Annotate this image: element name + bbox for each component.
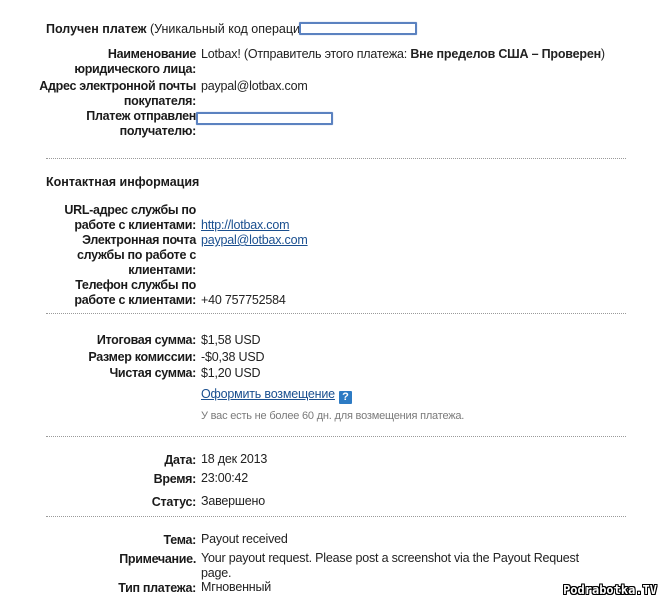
note-value: Your payout request. Please post a scree… xyxy=(201,551,579,581)
support-url-value: http://lotbax.com xyxy=(201,218,289,233)
fee-label: Размер комиссии: xyxy=(88,350,196,365)
label-line: URL-адрес службы по xyxy=(64,203,196,218)
help-icon[interactable]: ? xyxy=(339,391,352,404)
watermark-logo: Podrabotka.TV xyxy=(560,582,660,598)
merchant-name-text: Lotbax! (Отправитель этого платежа: xyxy=(201,47,410,61)
redacted-transaction-id xyxy=(299,22,417,35)
support-phone-value: +40 757752584 xyxy=(201,293,286,308)
support-email-label: Электронная почта службы по работе с кли… xyxy=(77,233,196,278)
label-line: покупателя: xyxy=(39,94,196,109)
label-line: Телефон службы по xyxy=(74,278,196,293)
note-line: Your payout request. Please post a scree… xyxy=(201,551,579,566)
issue-refund-link[interactable]: Оформить возмещение xyxy=(201,387,335,401)
payment-received-heading: Получен платеж (Уникальный код операции … xyxy=(46,22,317,36)
status-value: Завершено xyxy=(201,494,265,509)
label-line: юридического лица: xyxy=(74,62,196,77)
divider xyxy=(46,313,626,314)
label-line: Электронная почта xyxy=(77,233,196,248)
payment-details-page: Получен платеж (Уникальный код операции … xyxy=(0,0,662,600)
support-url-label: URL-адрес службы по работе с клиентами: xyxy=(64,203,196,233)
support-url-link[interactable]: http://lotbax.com xyxy=(201,218,289,232)
support-email-value: paypal@lotbax.com xyxy=(201,233,308,248)
sender-status: Вне пределов США – Проверен xyxy=(410,47,601,61)
label-line: клиентами: xyxy=(77,263,196,278)
label-line: Адрес электронной почты xyxy=(39,79,196,94)
label-line: получателю: xyxy=(86,124,196,139)
note-line: page. xyxy=(201,566,579,581)
time-value: 23:00:42 xyxy=(201,471,248,486)
transaction-id-label: (Уникальный код операции 1 xyxy=(150,22,317,36)
heading-title: Получен платеж xyxy=(46,22,146,36)
contact-info-heading: Контактная информация xyxy=(46,175,199,189)
subject-label: Тема: xyxy=(164,533,197,548)
label-line: работе с клиентами: xyxy=(74,293,196,308)
merchant-name-label: Наименование юридического лица: xyxy=(74,47,196,77)
sent-to-label: Платеж отправлен получателю: xyxy=(86,109,196,139)
merchant-name-value: Lotbax! (Отправитель этого платежа: Вне … xyxy=(201,47,605,62)
label-line: Наименование xyxy=(74,47,196,62)
refund-row: Оформить возмещение? xyxy=(201,387,352,404)
divider xyxy=(46,436,626,437)
label-line: работе с клиентами: xyxy=(64,218,196,233)
label-line: Платеж отправлен xyxy=(86,109,196,124)
support-email-link[interactable]: paypal@lotbax.com xyxy=(201,233,308,247)
gross-amount-value: $1,58 USD xyxy=(201,333,260,348)
subject-value: Payout received xyxy=(201,532,288,547)
fee-value: -$0,38 USD xyxy=(201,350,264,365)
time-label: Время: xyxy=(154,472,196,487)
date-label: Дата: xyxy=(164,453,196,468)
payment-type-label: Тип платежа: xyxy=(118,581,196,596)
buyer-email-value: paypal@lotbax.com xyxy=(201,79,308,94)
payment-type-value: Мгновенный xyxy=(201,580,271,595)
gross-amount-label: Итоговая сумма: xyxy=(97,333,196,348)
support-phone-label: Телефон службы по работе с клиентами: xyxy=(74,278,196,308)
date-value: 18 дек 2013 xyxy=(201,452,267,467)
divider xyxy=(46,516,626,517)
label-line: службы по работе с xyxy=(77,248,196,263)
merchant-name-suffix: ) xyxy=(601,47,605,61)
redacted-recipient-email xyxy=(196,112,333,125)
net-amount-label: Чистая сумма: xyxy=(109,366,196,381)
note-label: Примечание. xyxy=(119,552,196,567)
refund-note: У вас есть не более 60 дн. для возмещени… xyxy=(201,409,464,424)
net-amount-value: $1,20 USD xyxy=(201,366,260,381)
status-label: Статус: xyxy=(152,495,196,510)
buyer-email-label: Адрес электронной почты покупателя: xyxy=(39,79,196,109)
divider xyxy=(46,158,626,159)
